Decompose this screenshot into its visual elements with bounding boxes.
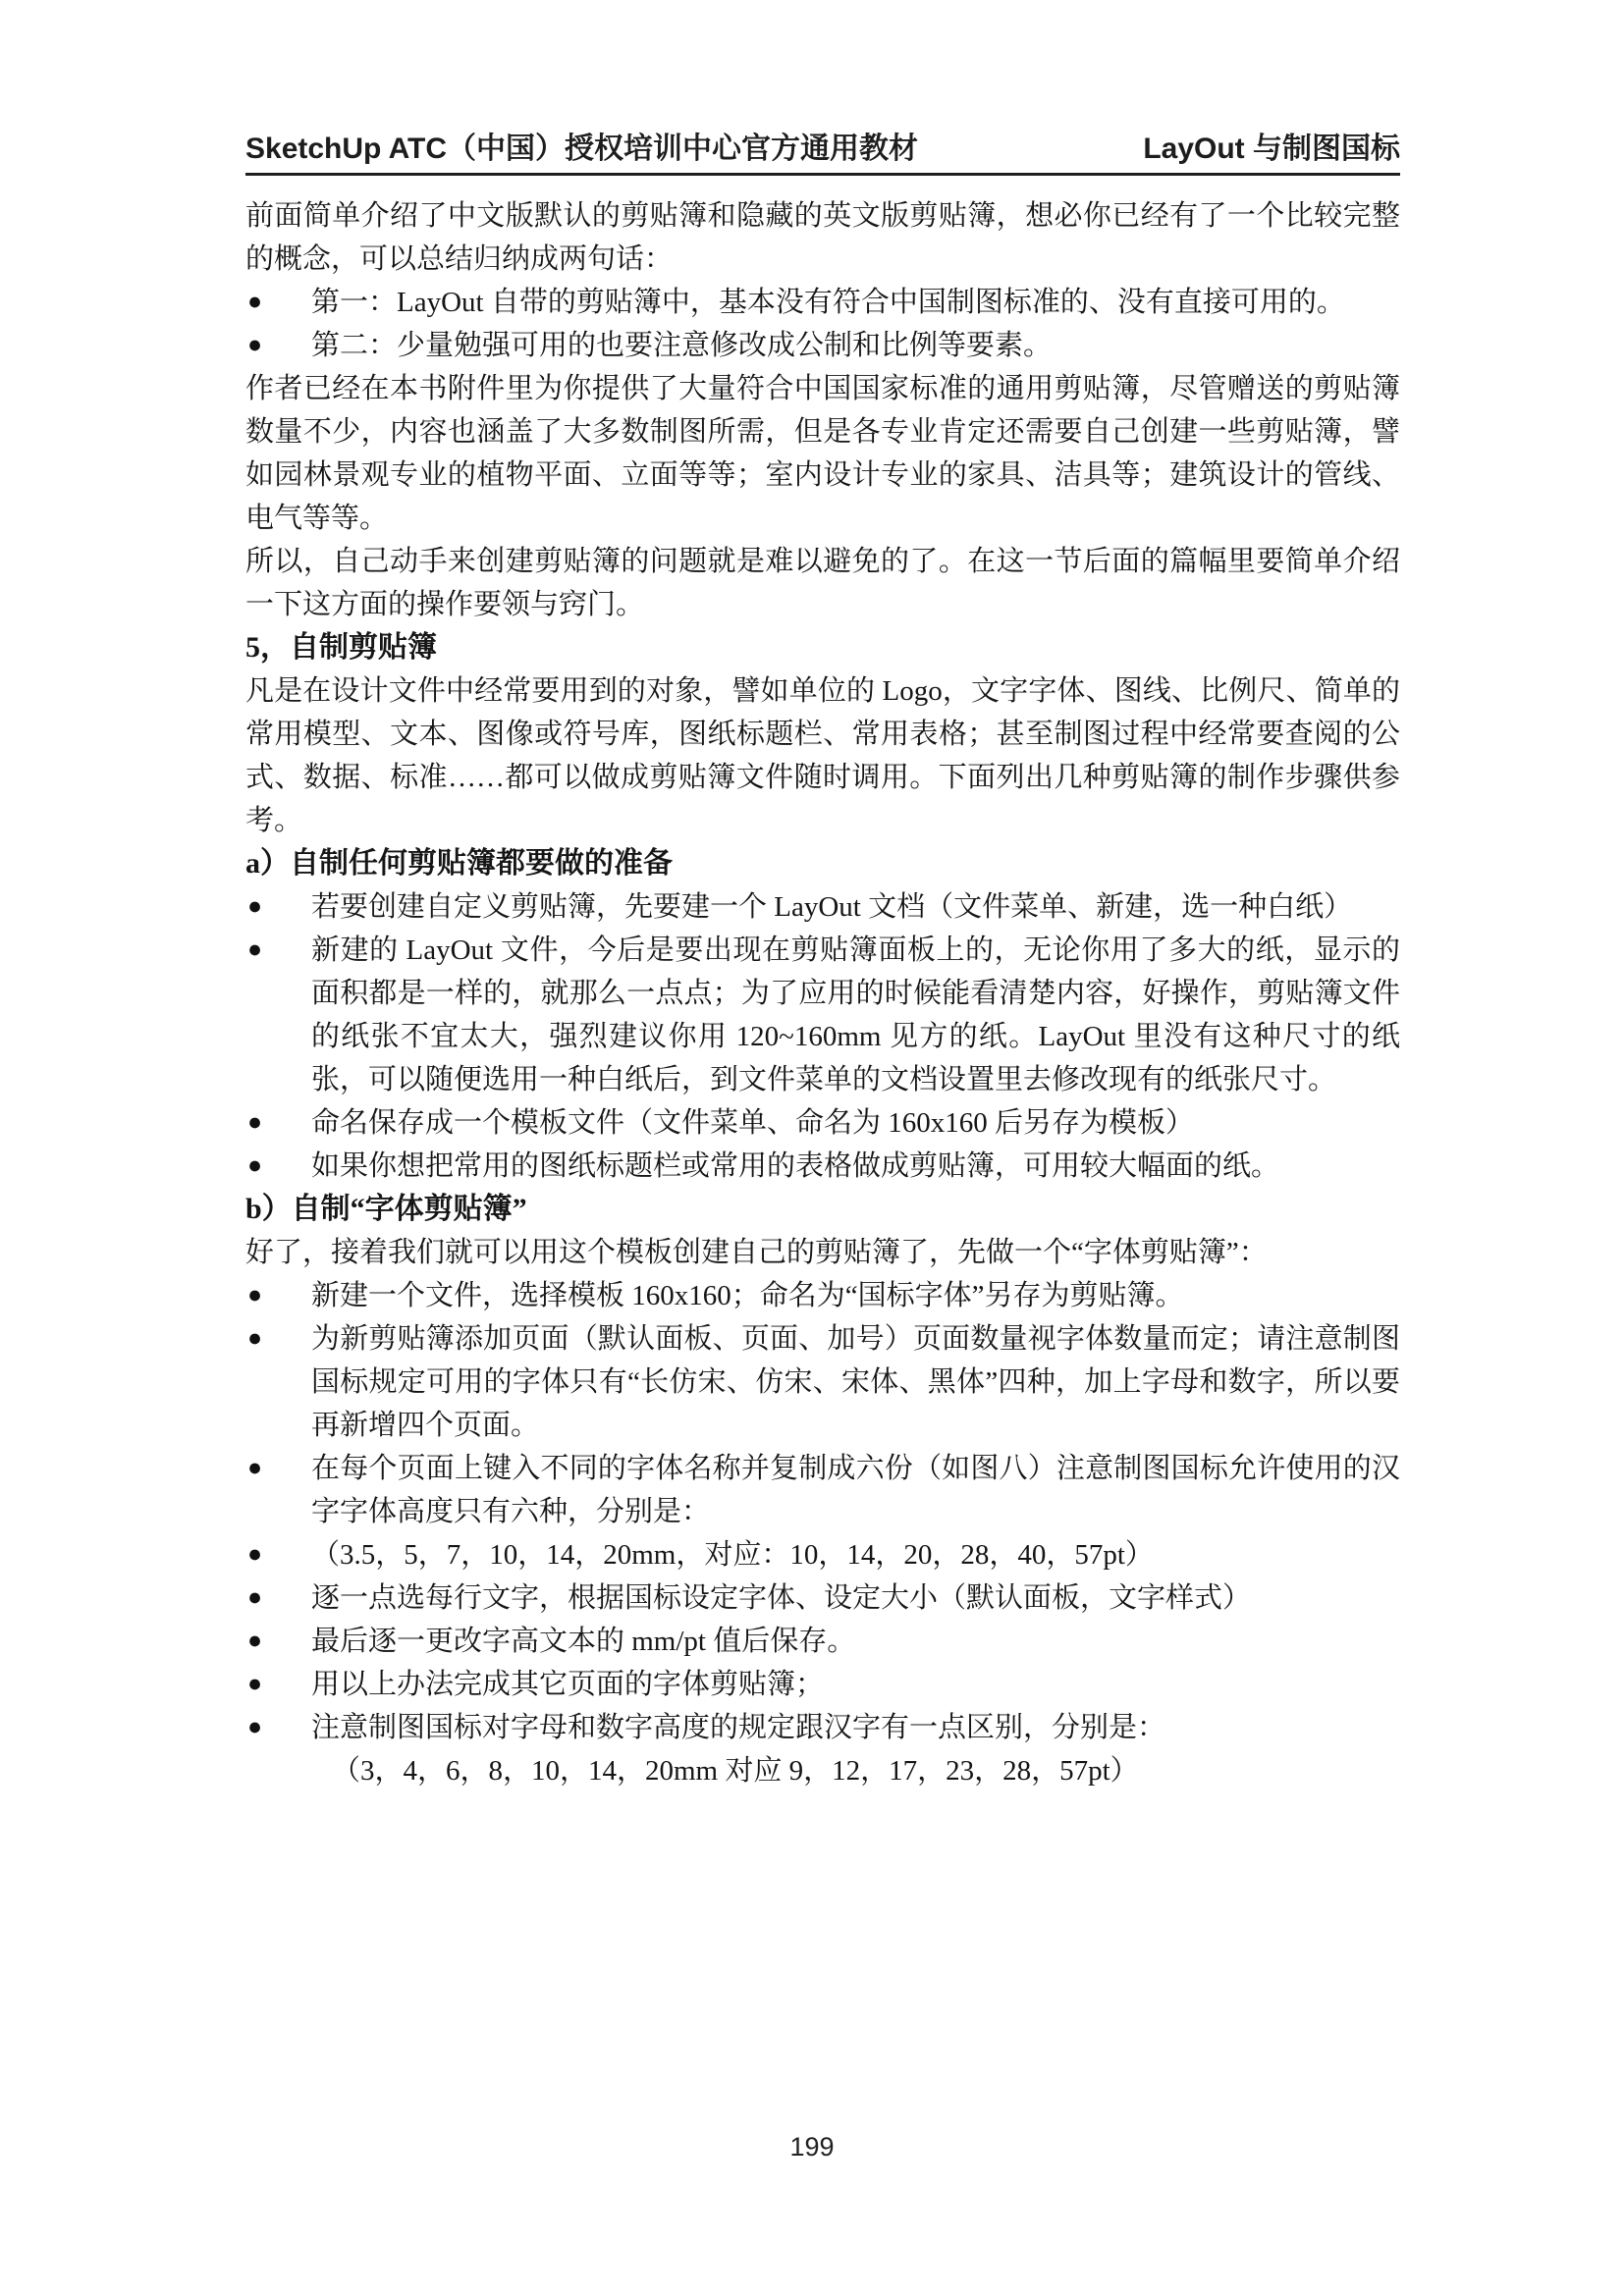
list-item-text: 最后逐一更改字高文本的 mm/pt 值后保存。 xyxy=(311,1626,855,1657)
bullet-icon: ● xyxy=(247,1145,262,1188)
bullet-icon: ● xyxy=(247,929,262,972)
bullet-icon: ● xyxy=(247,324,262,367)
header-left-title: SketchUp ATC（中国）授权培训中心官方通用教材 xyxy=(245,124,918,167)
section-b-bullet-list: ● 新建一个文件，选择模板 160x160；命名为“国标字体”另存为剪贴簿。 ●… xyxy=(245,1274,1400,1749)
section-b-title: b）自制“字体剪贴簿” xyxy=(245,1188,1400,1231)
list-item: ● 新建的 LayOut 文件，今后是要出现在剪贴簿面板上的，无论你用了多大的纸… xyxy=(245,929,1400,1101)
list-item-text: 在每个页面上键入不同的字体名称并复制成六份（如图八）注意制图国标允许使用的汉字字… xyxy=(311,1453,1400,1527)
list-item: ● 第一：LayOut 自带的剪贴簿中，基本没有符合中国制图标准的、没有直接可用… xyxy=(245,281,1400,324)
intro-paragraph-3: 所以，自己动手来创建剪贴簿的问题就是难以避免的了。在这一节后面的篇幅里要简单介绍… xyxy=(245,540,1400,626)
page-header-row: SketchUp ATC（中国）授权培训中心官方通用教材 LayOut 与制图国… xyxy=(245,124,1400,173)
list-item-text: （3.5，5，7，10，14，20mm，对应：10，14，20，28，40，57… xyxy=(311,1539,1154,1571)
list-item: ● 注意制图国标对字母和数字高度的规定跟汉字有一点区别，分别是： xyxy=(245,1706,1400,1749)
list-item: ● 如果你想把常用的图纸标题栏或常用的表格做成剪贴簿，可用较大幅面的纸。 xyxy=(245,1145,1400,1188)
list-item-text: 第一：LayOut 自带的剪贴簿中，基本没有符合中国制图标准的、没有直接可用的。 xyxy=(311,287,1345,318)
bullet-icon: ● xyxy=(247,281,262,324)
list-item: ● （3.5，5，7，10，14，20mm，对应：10，14，20，28，40，… xyxy=(245,1533,1400,1576)
intro-bullet-list: ● 第一：LayOut 自带的剪贴簿中，基本没有符合中国制图标准的、没有直接可用… xyxy=(245,281,1400,367)
list-item: ● 逐一点选每行文字，根据国标设定字体、设定大小（默认面板，文字样式） xyxy=(245,1576,1400,1620)
section-a-title: a）自制任何剪贴簿都要做的准备 xyxy=(245,842,1400,885)
bullet-icon: ● xyxy=(247,1576,262,1620)
list-item: ● 若要创建自定义剪贴簿，先要建一个 LayOut 文档（文件菜单、新建，选一种… xyxy=(245,885,1400,929)
list-item-text: 用以上办法完成其它页面的字体剪贴簿； xyxy=(311,1669,824,1700)
bullet-icon: ● xyxy=(247,1317,262,1361)
list-item: ● 命名保存成一个模板文件（文件菜单、命名为 160x160 后另存为模板） xyxy=(245,1101,1400,1145)
bullet-icon: ● xyxy=(247,1706,262,1749)
page-header: SketchUp ATC（中国）授权培训中心官方通用教材 LayOut 与制图国… xyxy=(245,124,1400,176)
intro-paragraph-2: 作者已经在本书附件里为你提供了大量符合中国国家标准的通用剪贴簿，尽管赠送的剪贴簿… xyxy=(245,367,1400,540)
list-item: ● 用以上办法完成其它页面的字体剪贴簿； xyxy=(245,1663,1400,1706)
list-item: ● 最后逐一更改字高文本的 mm/pt 值后保存。 xyxy=(245,1620,1400,1663)
page-footer: 199 xyxy=(0,2132,1624,2163)
list-item-text: 逐一点选每行文字，根据国标设定字体、设定大小（默认面板，文字样式） xyxy=(311,1582,1251,1614)
document-page: SketchUp ATC（中国）授权培训中心官方通用教材 LayOut 与制图国… xyxy=(0,0,1624,2296)
section-b-intro: 好了，接着我们就可以用这个模板创建自己的剪贴簿了，先做一个“字体剪贴簿”： xyxy=(245,1231,1400,1274)
bullet-icon: ● xyxy=(247,1533,262,1576)
list-item-text: 第二：少量勉强可用的也要注意修改成公制和比例等要素。 xyxy=(311,330,1052,361)
list-item: ● 在每个页面上键入不同的字体名称并复制成六份（如图八）注意制图国标允许使用的汉… xyxy=(245,1447,1400,1533)
list-item-text: 如果你想把常用的图纸标题栏或常用的表格做成剪贴簿，可用较大幅面的纸。 xyxy=(311,1150,1279,1182)
list-item-text: 注意制图国标对字母和数字高度的规定跟汉字有一点区别，分别是： xyxy=(311,1712,1165,1743)
section-5-body: 凡是在设计文件中经常要用到的对象，譬如单位的 Logo，文字字体、图线、比例尺、… xyxy=(245,669,1400,842)
list-item: ● 第二：少量勉强可用的也要注意修改成公制和比例等要素。 xyxy=(245,324,1400,367)
bullet-icon: ● xyxy=(247,1447,262,1490)
section-b-note-line: （3，4，6，8，10，14，20mm 对应 9，12，17，23，28，57p… xyxy=(245,1749,1400,1792)
section-a-bullet-list: ● 若要创建自定义剪贴簿，先要建一个 LayOut 文档（文件菜单、新建，选一种… xyxy=(245,885,1400,1188)
list-item-text: 命名保存成一个模板文件（文件菜单、命名为 160x160 后另存为模板） xyxy=(311,1107,1194,1139)
bullet-icon: ● xyxy=(247,1663,262,1706)
list-item-text: 新建的 LayOut 文件，今后是要出现在剪贴簿面板上的，无论你用了多大的纸，显… xyxy=(311,934,1400,1095)
header-right-title: LayOut 与制图国标 xyxy=(1143,124,1400,167)
bullet-icon: ● xyxy=(247,1101,262,1145)
page-number: 199 xyxy=(789,2132,834,2162)
bullet-icon: ● xyxy=(247,1620,262,1663)
list-item-text: 新建一个文件，选择模板 160x160；命名为“国标字体”另存为剪贴簿。 xyxy=(311,1280,1184,1311)
bullet-icon: ● xyxy=(247,1274,262,1317)
list-item-text: 为新剪贴簿添加页面（默认面板、页面、加号）页面数量视字体数量而定；请注意制图国标… xyxy=(311,1323,1400,1441)
list-item-text: 若要创建自定义剪贴簿，先要建一个 LayOut 文档（文件菜单、新建，选一种白纸… xyxy=(311,891,1352,923)
bullet-icon: ● xyxy=(247,885,262,929)
page-body: 前面简单介绍了中文版默认的剪贴簿和隐藏的英文版剪贴簿，想必你已经有了一个比较完整… xyxy=(245,194,1400,1792)
header-rule xyxy=(245,173,1400,176)
list-item: ● 新建一个文件，选择模板 160x160；命名为“国标字体”另存为剪贴簿。 xyxy=(245,1274,1400,1317)
section-5-title: 5，自制剪贴簿 xyxy=(245,626,1400,669)
list-item: ● 为新剪贴簿添加页面（默认面板、页面、加号）页面数量视字体数量而定；请注意制图… xyxy=(245,1317,1400,1447)
intro-paragraph-1: 前面简单介绍了中文版默认的剪贴簿和隐藏的英文版剪贴簿，想必你已经有了一个比较完整… xyxy=(245,194,1400,281)
